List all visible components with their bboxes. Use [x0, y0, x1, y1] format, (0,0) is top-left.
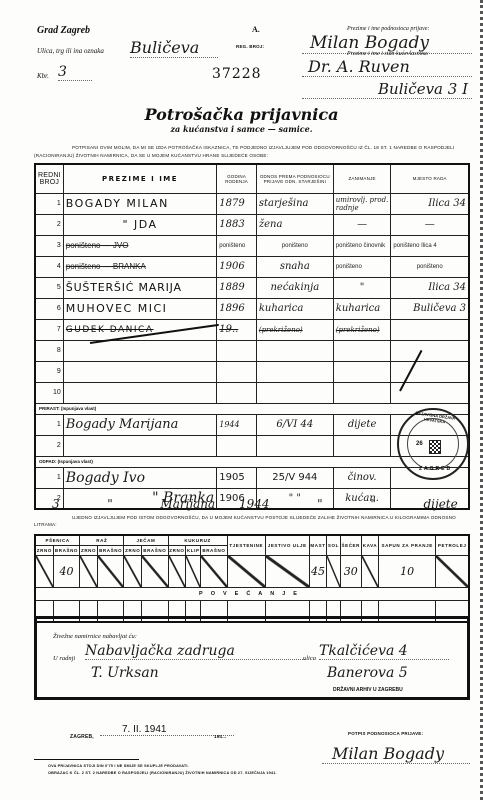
birth-year: 1883	[217, 214, 257, 235]
supplies-group-header: PŠENICA RAŽ JEČAM KUKURUZ TJESTENINE JES…	[35, 535, 469, 545]
relation: (prekriženo)	[256, 319, 333, 340]
signature-label: POTPIS PODNOSIOCA PRIJAVE:	[348, 731, 423, 736]
workplace	[391, 361, 469, 382]
shop-selection-box: Živežne namirnice nabavljat ću: U radnji…	[34, 616, 470, 700]
group-oil: JESTIVO ULJE	[265, 535, 309, 555]
value-slash-icon	[361, 555, 378, 587]
workplace	[391, 340, 469, 361]
row-number: 7	[35, 319, 63, 340]
person-name	[63, 340, 216, 361]
house-number-label: Kbr.	[37, 72, 49, 80]
person-name: BOGADY MILAN	[63, 193, 216, 214]
relation	[256, 340, 333, 361]
row-number: 10	[35, 382, 63, 403]
row-number: 1	[35, 467, 63, 488]
occupation	[333, 361, 391, 382]
sub-grain: ZRNO	[168, 545, 186, 555]
regulation-note: OBRAZAC K ČL. 2 ST. 2 NAREDBE O RASPODJE…	[48, 771, 277, 775]
supply-value: 30	[340, 555, 361, 587]
sub-grain: ZRNO	[80, 545, 98, 555]
supply-value: 10	[378, 555, 435, 587]
table-row: 7 GUDEK DANICA 19.. (prekriženo) (prekri…	[35, 319, 469, 340]
supply-value: 45	[309, 555, 327, 587]
shop-street: Tkalčićeva 4	[319, 643, 449, 660]
sub-flour: BRAŠNO	[142, 545, 168, 555]
col-header-name: PREZIME I IME	[63, 164, 216, 193]
table-row: 8	[35, 340, 469, 361]
row-number: 5	[35, 277, 63, 298]
street-value: Buličeva	[130, 38, 218, 58]
row-number: 4	[35, 256, 63, 277]
birth-year: 1889	[217, 277, 257, 298]
relation: 25/V 944	[256, 467, 333, 488]
sub-flour: BRAŠNO	[201, 545, 227, 555]
workplace	[391, 319, 469, 340]
table-row: 2 " JDA 1883 žena — —	[35, 214, 469, 235]
group-barley: JEČAM	[124, 535, 168, 545]
birth-year: 1905	[217, 467, 257, 488]
year-suffix: 194...	[214, 734, 226, 739]
value-slash-icon	[80, 555, 98, 587]
workplace: Ilica 34	[391, 193, 469, 214]
price-note: OVA PRIJAVNICA STOJI DIN 0'75 I NE SMIJE…	[48, 764, 189, 768]
value-slash-icon	[201, 555, 227, 587]
group-wheat: PŠENICA	[35, 535, 80, 545]
group-soap: SAPUN ZA PRANJE	[378, 535, 435, 555]
person-name: poništeno — JVO	[63, 235, 216, 256]
value-slash-icon	[227, 555, 265, 587]
increase-section-header: PRIRAST: (Ispunjava vlast)	[35, 403, 469, 414]
increase-label: PRIRAST: (Ispunjava vlast)	[35, 403, 469, 414]
group-lard: MAST	[309, 535, 327, 555]
occupation: kuharica	[333, 298, 391, 319]
birth-year: poništeno	[217, 235, 257, 256]
sub-cob: KLIP	[186, 545, 201, 555]
relation	[256, 361, 333, 382]
group-pasta: TJESTENINE	[227, 535, 265, 555]
table-row: 1 BOGADY MILAN 1879 starješina umirovlj.…	[35, 193, 469, 214]
relation	[256, 382, 333, 403]
reg-number-label: REG. BROJ:	[236, 44, 264, 49]
occupation	[333, 435, 391, 456]
birth-year: 1879	[217, 193, 257, 214]
relation: poništeno	[256, 235, 333, 256]
handwritten-note: 3 " Marijana 1944 " " dijete	[52, 497, 458, 511]
value-slash-icon	[142, 555, 168, 587]
group-coffee: KAVA	[361, 535, 378, 555]
shop-street-2: Banerova 5	[327, 665, 408, 681]
person-name: Bogady Marijana	[63, 414, 216, 435]
form-subtitle: za kućanstva i samce — samice.	[0, 124, 483, 134]
intro-text: POTPISANI OVIM MOLIM, DA MI SE IZDA POTR…	[34, 144, 474, 160]
table-header-row: REDNI BROJ PREZIME I IME GODINA RODENJA …	[35, 164, 469, 193]
sub-grain: ZRNO	[124, 545, 142, 555]
workplace: —	[391, 214, 469, 235]
row-number: 1	[35, 193, 63, 214]
ration-registration-form: Grad Zagreb Ulica, trg ili ina oznaka Bu…	[0, 0, 483, 800]
sub-grain: ZRNO	[35, 545, 53, 555]
value-slash-icon	[265, 555, 309, 587]
col-header-year: GODINA RODENJA	[217, 164, 257, 193]
occupation	[333, 340, 391, 361]
row-number: 3	[35, 235, 63, 256]
group-corn: KUKURUZ	[168, 535, 227, 545]
table-row: 4 poništeno — BRANKA 1906 snaha poništen…	[35, 256, 469, 277]
person-name	[63, 361, 216, 382]
person-name: " JDA	[63, 214, 216, 235]
shop-name: Nabavljačka zadruga	[85, 643, 305, 660]
col-header-relation: ODNOS PREMA PODNOSIOCU PRIJAVE ODN. STAR…	[256, 164, 333, 193]
workplace: poništeno	[391, 256, 469, 277]
person-name: ŠUŠTERŠIĆ MARIJA	[63, 277, 216, 298]
occupation	[333, 382, 391, 403]
value-slash-icon	[168, 555, 186, 587]
form-title: Potrošačka prijavnica	[0, 105, 483, 124]
birth-year: 1944	[217, 414, 257, 435]
col-header-num: REDNI BROJ	[35, 164, 63, 193]
coat-of-arms-icon	[429, 440, 441, 454]
workplace: Buličeva 3	[391, 298, 469, 319]
relation: starješina	[256, 193, 333, 214]
row-number: 8	[35, 340, 63, 361]
shop-owner: T. Urksan	[91, 665, 159, 681]
owner-address: Buličeva 3 I	[302, 80, 472, 99]
workplace: Ilica 34	[391, 277, 469, 298]
relation: snaha	[256, 256, 333, 277]
birth-year	[217, 340, 257, 361]
occupation: dijete	[333, 414, 391, 435]
occupation: —	[333, 214, 391, 235]
form-letter: A.	[252, 25, 260, 34]
occupation: poništeno	[333, 256, 391, 277]
reg-number: 37228	[212, 66, 262, 82]
col-header-occupation: ZANIMANJE	[333, 164, 391, 193]
city-label: Grad Zagreb	[37, 25, 90, 36]
person-name	[63, 435, 216, 456]
table-row: 1 Bogady Ivo 1905 25/V 944 činov.	[35, 467, 469, 488]
increase-label: POVEĆANJE	[35, 587, 469, 600]
applicant-label: Prezime i ime podnosioca prijave:	[347, 26, 429, 32]
group-sugar: ŠEĆER	[340, 535, 361, 555]
birth-year: 1896	[217, 298, 257, 319]
house-number-value: 3	[58, 64, 92, 81]
value-slash-icon	[124, 555, 142, 587]
value-slash-icon	[35, 555, 53, 587]
relation: 6/VI 44	[256, 414, 333, 435]
supplies-values-row: 40 45 30 10	[35, 555, 469, 587]
table-row: 6 MUHOVEC MICI 1896 kuharica kuharica Bu…	[35, 298, 469, 319]
owner-value: Dr. A. Ruven	[302, 57, 472, 77]
occupation: "	[333, 277, 391, 298]
shop-label: U radnji	[53, 655, 75, 662]
row-number: 1	[35, 414, 63, 435]
relation: nećakinja	[256, 277, 333, 298]
supply-value: 40	[53, 555, 79, 587]
person-name	[63, 382, 216, 403]
row-number: 2	[35, 435, 63, 456]
workplace: poništeno Ilica 4	[391, 235, 469, 256]
occupation: umirovlj. prod. radnje	[333, 193, 391, 214]
relation: žena	[256, 214, 333, 235]
value-slash-icon	[97, 555, 123, 587]
relation: kuharica	[256, 298, 333, 319]
group-salt: SOL	[327, 535, 340, 555]
sub-flour: BRAŠNO	[53, 545, 79, 555]
relation	[256, 435, 333, 456]
place-label: ZAGREB,	[70, 734, 94, 740]
birth-year	[217, 435, 257, 456]
row-number: 2	[35, 214, 63, 235]
official-stamp: NEZAVISNA DRŽAVA HRVATSKA 26 ZAGREB	[397, 408, 469, 480]
row-number: 6	[35, 298, 63, 319]
person-name: MUHOVEC MICI	[63, 298, 216, 319]
sub-flour: BRAŠNO	[97, 545, 123, 555]
stamp-number: 26	[416, 441, 423, 447]
group-rye: RAŽ	[80, 535, 124, 545]
increase-row: POVEĆANJE	[35, 587, 469, 600]
person-name: Bogady Ivo	[63, 467, 216, 488]
birth-year: 19..	[217, 319, 257, 340]
supplies-intro: UJEDNO IZJAVLJUJEM POD ISTOM ODGOVORNOŠĆ…	[34, 514, 474, 528]
table-row: 3 poništeno — JVO poništeno poništeno po…	[35, 235, 469, 256]
stamp-city: ZAGREB	[419, 466, 452, 472]
street-label: Ulica, trg ili ina oznaka	[37, 47, 104, 55]
value-slash-icon	[436, 555, 469, 587]
footnote-divider	[34, 759, 139, 760]
birth-year	[217, 382, 257, 403]
archive-stamp: DRŽAVNI ARHIV U ZAGREBU	[333, 687, 403, 693]
shop-intro-label: Živežne namirnice nabavljat ću:	[53, 633, 137, 640]
occupation: poništeno činovnik	[333, 235, 391, 256]
col-header-workplace: MJESTO RADA	[391, 164, 469, 193]
applicant-signature: Milan Bogady	[322, 744, 470, 764]
table-row: 5 ŠUŠTERŠIĆ MARIJA 1889 nećakinja " Ilic…	[35, 277, 469, 298]
occupation: (prekriženo)	[333, 319, 391, 340]
birth-year	[217, 361, 257, 382]
food-supplies-table: PŠENICA RAŽ JEČAM KUKURUZ TJESTENINE JES…	[34, 534, 470, 623]
shop-street-label: ulica	[303, 655, 316, 662]
person-name: poništeno — BRANKA	[63, 256, 216, 277]
occupation: činov.	[333, 467, 391, 488]
value-slash-icon	[186, 555, 201, 587]
value-slash-icon	[327, 555, 340, 587]
row-number: 9	[35, 361, 63, 382]
group-petroleum: PETROLEJ	[436, 535, 469, 555]
birth-year: 1906	[217, 256, 257, 277]
